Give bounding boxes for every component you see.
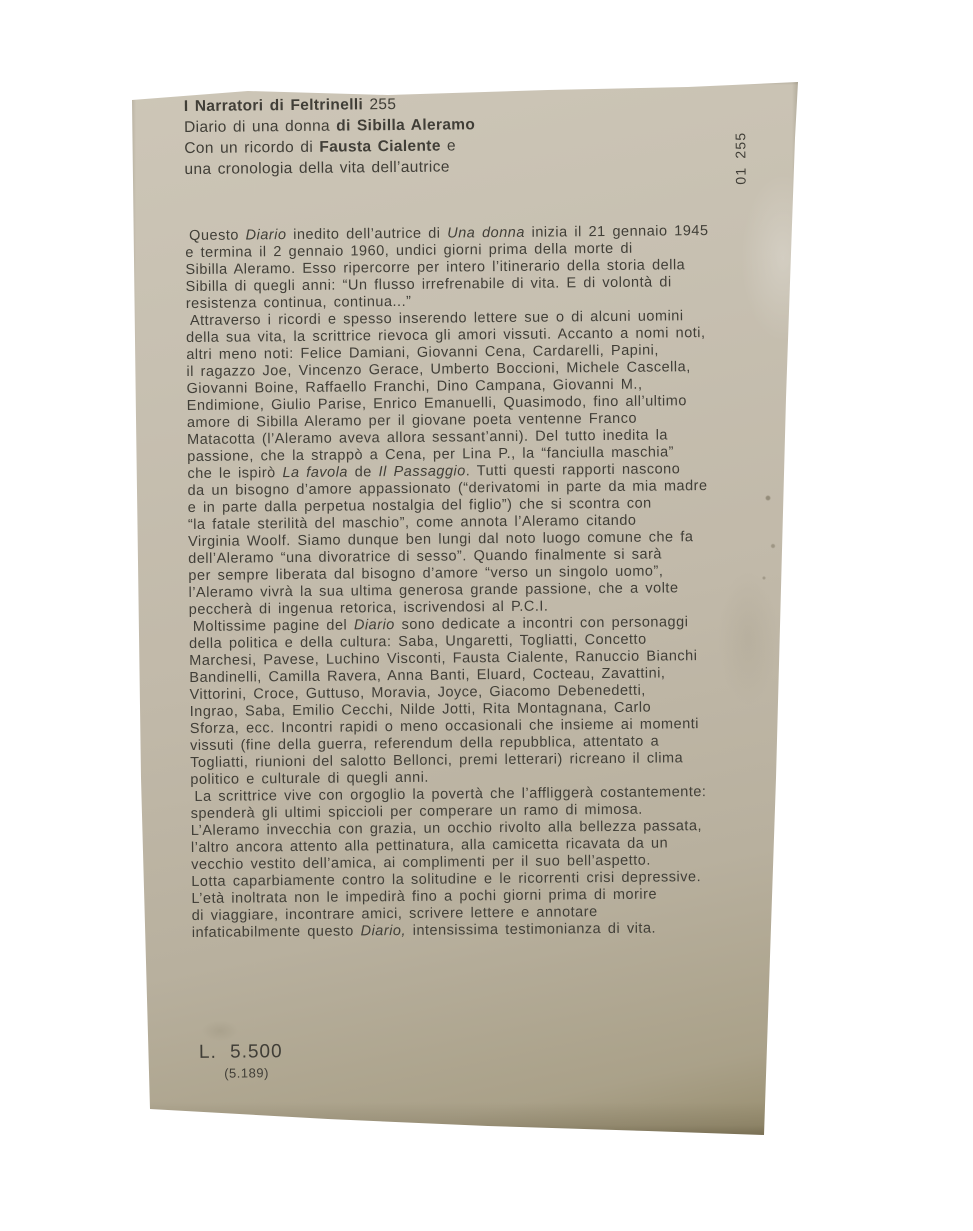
header-line: I Narratori di Feltrinelli 255: [184, 93, 475, 117]
header-line: Con un ricordo di Fausta Cialente e: [184, 135, 475, 159]
cover-content: I Narratori di Feltrinelli 255Diario di …: [128, 72, 810, 1138]
blurb-text: Questo Diario inedito dell’autrice di Un…: [185, 223, 715, 942]
price-secondary: (5.189): [224, 1065, 283, 1081]
price-block: L. 5.500 (5.189): [199, 1041, 283, 1081]
header-line: Diario di una donna di Sibilla Aleramo: [184, 114, 475, 138]
header-line: una cronologia della vita dell’autrice: [184, 156, 475, 180]
book-back-cover: I Narratori di Feltrinelli 255Diario di …: [128, 78, 802, 1140]
publisher-header: I Narratori di Feltrinelli 255Diario di …: [184, 93, 476, 180]
catalog-code-vertical: 01 255: [729, 95, 754, 187]
photo-background: I Narratori di Feltrinelli 255Diario di …: [0, 0, 973, 1231]
catalog-code-text: 01 255: [732, 132, 749, 185]
body-line: infaticabilmente questo Diario, intensis…: [192, 920, 716, 942]
price-main: L. 5.500: [199, 1041, 283, 1064]
